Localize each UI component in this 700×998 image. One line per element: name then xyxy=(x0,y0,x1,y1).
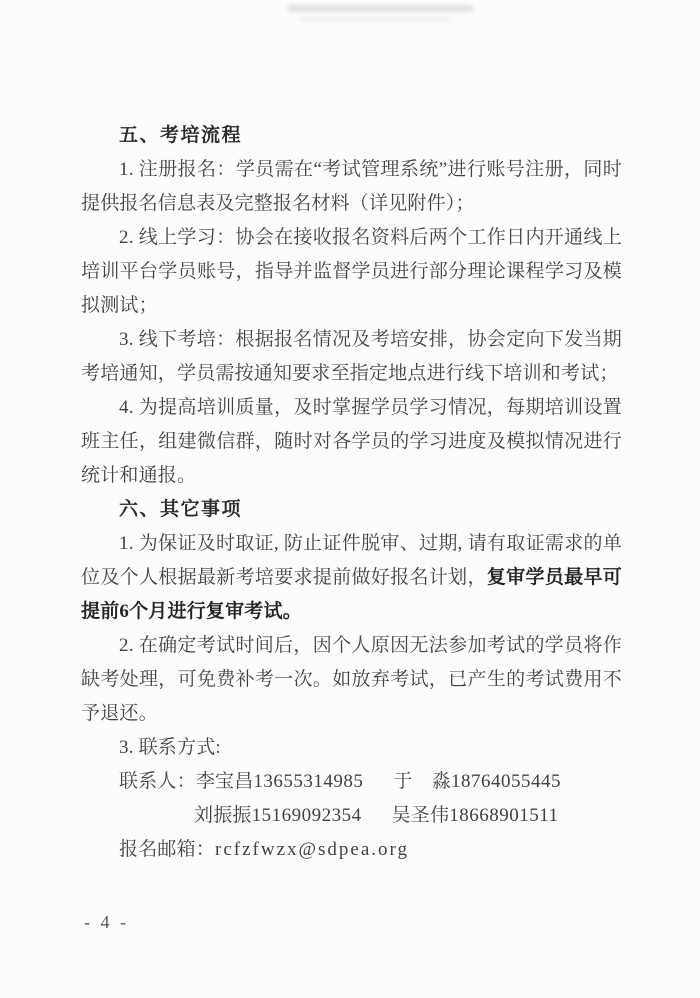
scan-artifact xyxy=(300,17,450,21)
paragraph-contact-heading: 3. 联系方式: xyxy=(81,731,622,765)
contact-name: 吴圣伟 xyxy=(392,805,450,826)
document-body: 五、考培流程 1. 注册报名：学员需在“考试管理系统”进行账号注册，同时提供报名… xyxy=(81,119,622,867)
paragraph-absence-policy: 2. 在确定考试时间后，因个人原因无法参加考试的学员将作缺考处理，可免费补考一次… xyxy=(81,629,622,731)
contact-row-2: 刘振振15169092354吴圣伟18668901511 xyxy=(194,799,622,833)
contact-phone: 18668901511 xyxy=(449,805,558,826)
section-heading-exam-training-process: 五、考培流程 xyxy=(81,119,622,153)
email-label: 报名邮箱： xyxy=(119,839,215,860)
contact-pair: 于 淼18764055445 xyxy=(393,771,561,792)
contact-name: 刘振振 xyxy=(194,805,252,826)
page-number: - 4 - xyxy=(84,912,129,933)
contact-pair: 吴圣伟18668901511 xyxy=(392,805,559,826)
email-row: 报名邮箱：rcfzfwzx@sdpea.org xyxy=(81,833,622,867)
scan-artifact xyxy=(288,5,473,12)
document-page: 五、考培流程 1. 注册报名：学员需在“考试管理系统”进行账号注册，同时提供报名… xyxy=(0,0,700,998)
contact-phone: 13655314985 xyxy=(253,771,363,792)
section-heading-other-matters: 六、其它事项 xyxy=(81,493,622,527)
contact-name: 于 淼 xyxy=(393,771,451,792)
contact-pair: 刘振振15169092354 xyxy=(194,805,362,826)
paragraph-training-quality: 4. 为提高培训质量，及时掌握学员学习情况，每期培训设置班主任，组建微信群，随时… xyxy=(81,391,622,493)
contact-name: 李宝昌 xyxy=(196,771,254,792)
paragraph-offline-exam: 3. 线下考培：根据报名情况及考培安排，协会定向下发当期考培通知，学员需按通知要… xyxy=(81,323,622,391)
contact-label: 联系人： xyxy=(119,771,196,792)
paragraph-certificate-renewal: 1. 为保证及时取证, 防止证件脱审、过期, 请有取证需求的单位及个人根据最新考… xyxy=(81,527,622,629)
email-address: rcfzfwzx@sdpea.org xyxy=(215,839,409,860)
contact-phone: 15169092354 xyxy=(252,805,362,826)
contact-row-1: 联系人：李宝昌13655314985于 淼18764055445 xyxy=(81,765,622,799)
paragraph-registration: 1. 注册报名：学员需在“考试管理系统”进行账号注册，同时提供报名信息表及完整报… xyxy=(81,153,622,221)
contact-pair: 李宝昌13655314985 xyxy=(196,771,364,792)
paragraph-online-learning: 2. 线上学习：协会在接收报名资料后两个工作日内开通线上培训平台学员账号，指导并… xyxy=(81,221,622,323)
contact-phone: 18764055445 xyxy=(451,771,561,792)
